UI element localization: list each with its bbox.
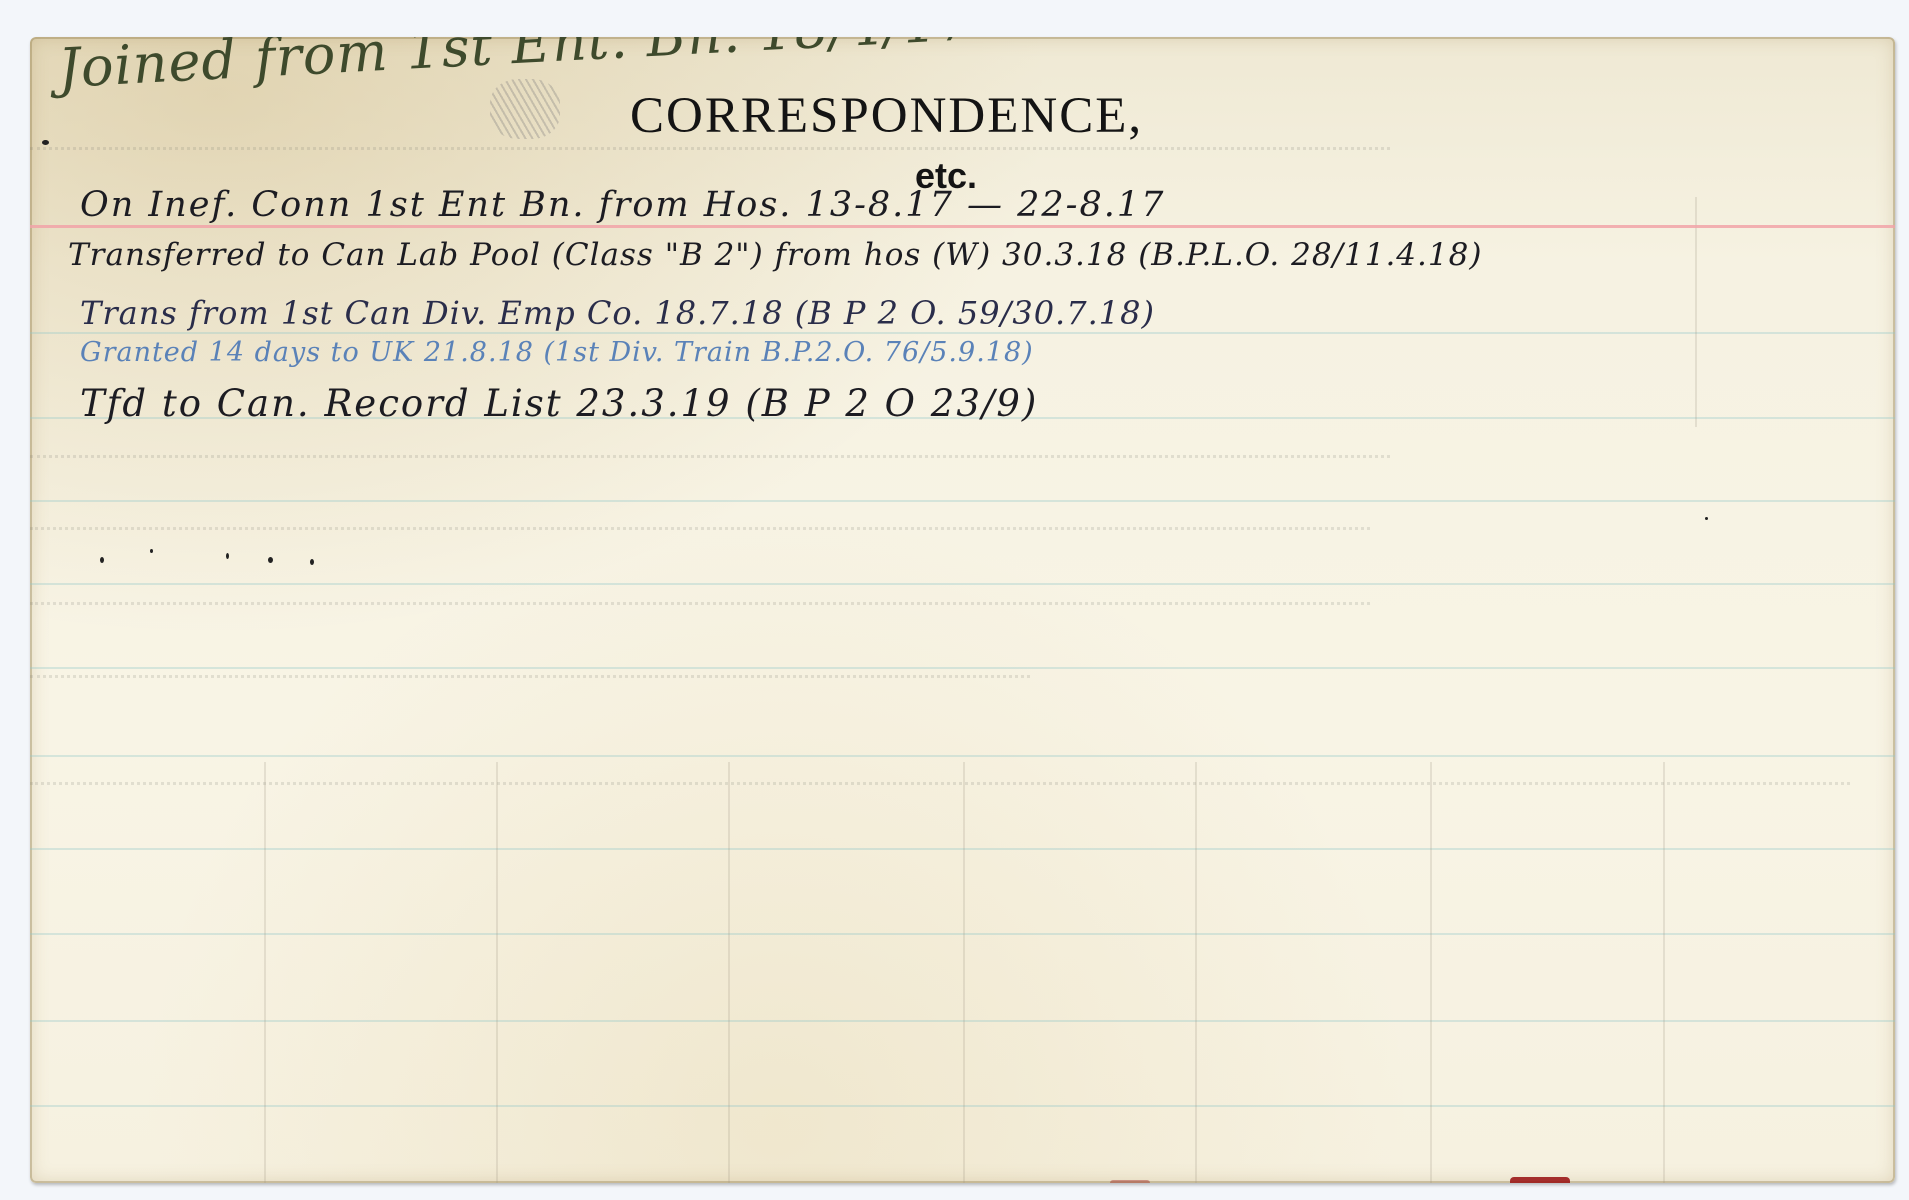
entry-line-4: Granted 14 days to UK 21.8.18 (1st Div. … [80,337,1034,368]
ink-speck [150,549,153,553]
entry-line-2: Transferred to Can Lab Pool (Class "B 2"… [68,237,1482,273]
ruled-line [30,583,1895,585]
ink-speck [268,557,273,563]
bleed-through-dotted-line [30,602,1370,605]
ruled-line [30,332,1895,334]
table-column-divider [1195,762,1197,1183]
ruled-line [30,755,1895,757]
table-column-divider [963,762,965,1183]
bleed-through-box-edge [1695,197,1697,427]
ink-speck [226,553,229,559]
ink-speck [1705,517,1708,520]
red-ink-mark [1510,1177,1570,1183]
bleed-through-dotted-line [30,675,1030,678]
table-column-divider [264,762,266,1183]
red-rule-line [30,225,1895,228]
ruled-line [30,500,1895,502]
bleed-through-dotted-line [30,782,1850,785]
printed-heading: CORRESPONDENCE, [630,87,1143,145]
red-ink-mark [1110,1180,1150,1183]
ruled-line [30,667,1895,669]
table-column-divider [496,762,498,1183]
bleed-through-dotted-line [30,455,1390,458]
bleed-through-dotted-line [30,147,1390,150]
bleed-through-dotted-line [30,527,1370,530]
entry-line-1: On Inef. Conn 1st Ent Bn. from Hos. 13-8… [80,185,1165,225]
ink-speck [42,140,49,145]
ink-speck [100,557,104,563]
table-column-divider [1430,762,1432,1183]
ink-speck [310,559,314,565]
table-column-divider [1663,762,1665,1183]
entry-line-3: Trans from 1st Can Div. Emp Co. 18.7.18 … [80,294,1155,332]
entry-line-5: Tfd to Can. Record List 23.3.19 (B P 2 O… [80,382,1038,425]
table-column-divider [728,762,730,1183]
ink-smudge [490,79,560,139]
record-card: CORRESPONDENCE, etc. Joined from 1st Ent… [30,37,1895,1183]
